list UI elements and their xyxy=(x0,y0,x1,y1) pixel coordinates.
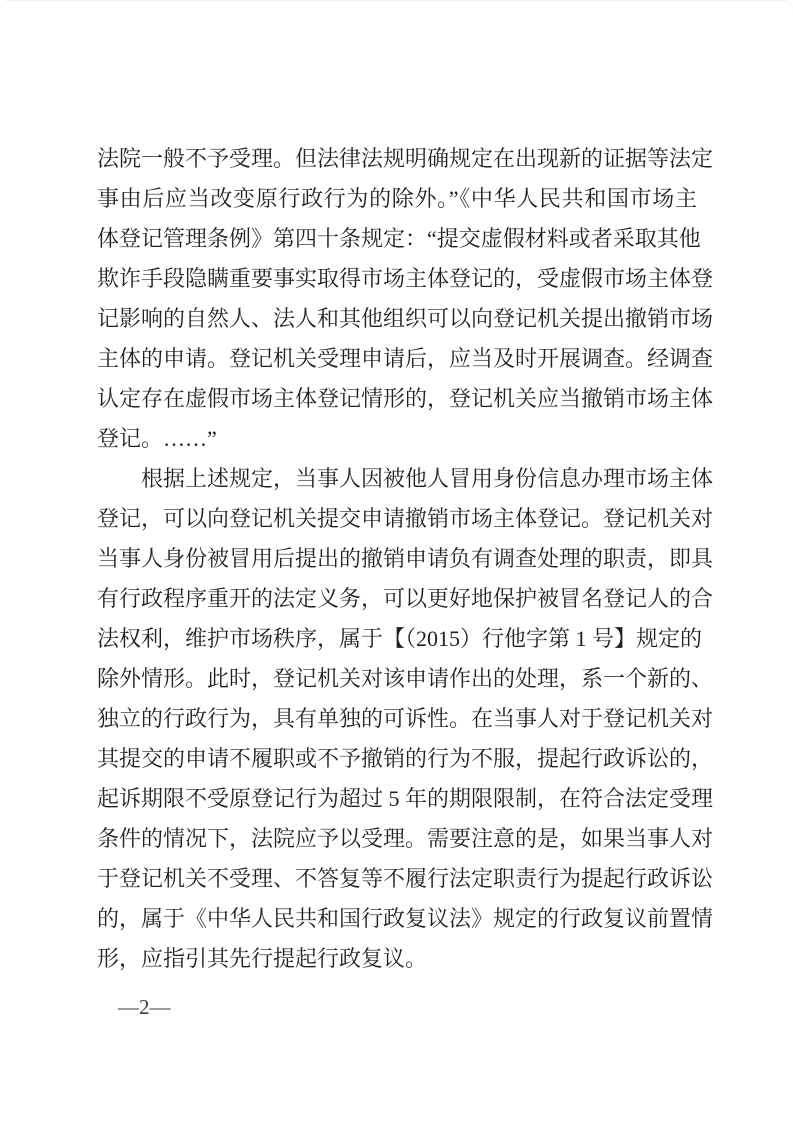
document-body: 法院一般不予受理。但法律法规明确规定在出现新的证据等法定事由后应当改变原行政行为… xyxy=(97,139,697,979)
document-line: 法权利，维护市场秩序，属于【（2015）行他字第 1 号】规定的 xyxy=(97,619,697,659)
document-line: 其提交的申请不履职或不予撤销的行为不服，提起行政诉讼的， xyxy=(97,739,697,779)
document-line: 有行政程序重开的法定义务，可以更好地保护被冒名登记人的合 xyxy=(97,579,697,619)
document-line: 条件的情况下，法院应予以受理。需要注意的是，如果当事人对 xyxy=(97,819,697,859)
document-line: 登记，可以向登记机关提交申请撤销市场主体登记。登记机关对 xyxy=(97,499,697,539)
document-line: 除外情形。此时，登记机关对该申请作出的处理，系一个新的、 xyxy=(97,659,697,699)
document-line: 事由后应当改变原行政行为的除外。”《中华人民共和国市场主 xyxy=(97,179,697,219)
document-line: 主体的申请。登记机关受理申请后，应当及时开展调查。经调查 xyxy=(97,339,697,379)
document-line: 欺诈手段隐瞒重要事实取得市场主体登记的，受虚假市场主体登 xyxy=(97,259,697,299)
document-line: 登记。……” xyxy=(97,419,697,459)
document-page: 法院一般不予受理。但法律法规明确规定在出现新的证据等法定事由后应当改变原行政行为… xyxy=(0,0,793,1122)
page-number: —2— xyxy=(97,996,171,1018)
document-line: 认定存在虚假市场主体登记情形的，登记机关应当撤销市场主体 xyxy=(97,379,697,419)
document-line: 根据上述规定，当事人因被他人冒用身份信息办理市场主体 xyxy=(97,459,697,499)
document-line: 于登记机关不受理、不答复等不履行法定职责行为提起行政诉讼 xyxy=(97,859,697,899)
document-line: 记影响的自然人、法人和其他组织可以向登记机关提出撤销市场 xyxy=(97,299,697,339)
document-line: 体登记管理条例》第四十条规定：“提交虚假材料或者采取其他 xyxy=(97,219,697,259)
document-line: 的，属于《中华人民共和国行政复议法》规定的行政复议前置情 xyxy=(97,899,697,939)
document-line: 当事人身份被冒用后提出的撤销申请负有调查处理的职责，即具 xyxy=(97,539,697,579)
document-line: 独立的行政行为，具有单独的可诉性。在当事人对于登记机关对 xyxy=(97,699,697,739)
document-line: 法院一般不予受理。但法律法规明确规定在出现新的证据等法定 xyxy=(97,139,697,179)
document-line: 起诉期限不受原登记行为超过 5 年的期限限制，在符合法定受理 xyxy=(97,779,697,819)
document-line: 形，应指引其先行提起行政复议。 xyxy=(97,939,697,979)
